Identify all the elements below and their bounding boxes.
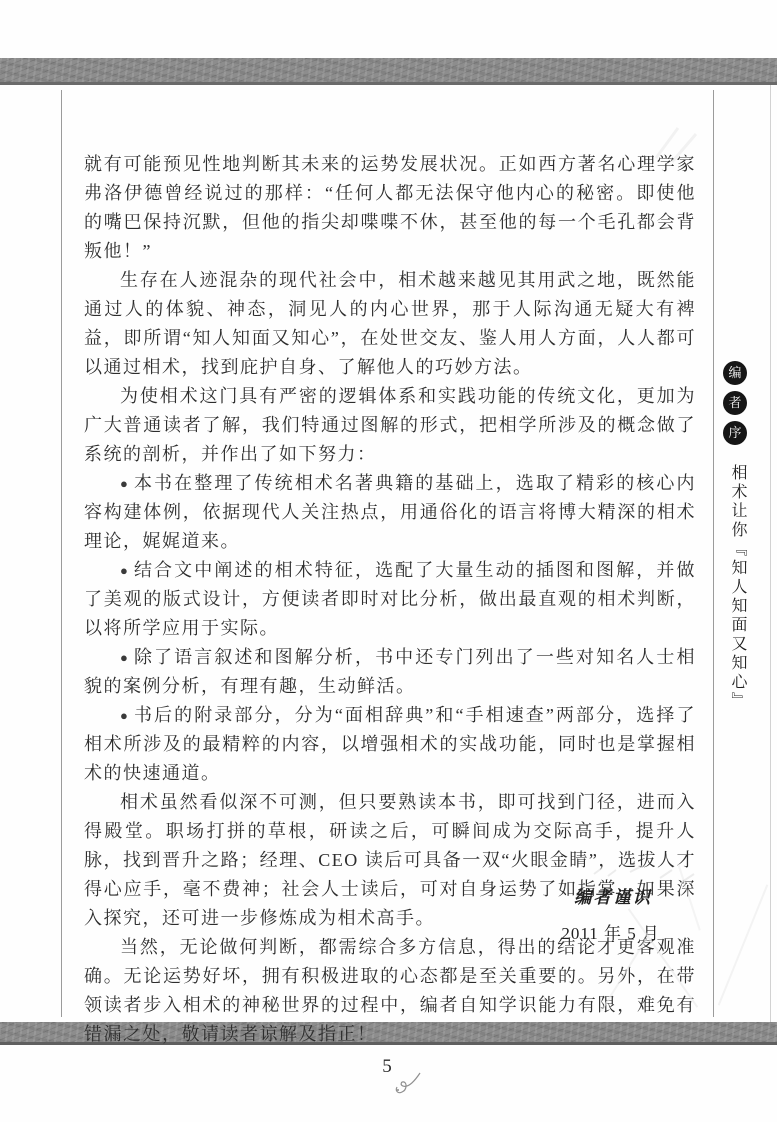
page-number: 5 xyxy=(61,1056,713,1078)
list-item-text: 结合文中阐述的相术特征，选配了大量生动的插图和图解，并做了美观的版式设计，方便读… xyxy=(84,560,696,638)
editor-signature: 编者谨识 xyxy=(84,884,696,909)
editor-preface-seal-icon: 序 xyxy=(723,421,747,445)
paragraph: 为使相术这门具有严密的逻辑体系和实践功能的传统文化，更加为广大普通读者了解，我们… xyxy=(84,382,696,469)
bleed-through-artifact xyxy=(718,884,769,1005)
bullet-icon: ● xyxy=(120,476,134,491)
list-item: ●书后的附录部分，分为“面相辞典”和“手相速查”两部分，选择了相术所涉及的最精粹… xyxy=(84,701,696,788)
editor-preface-seal-icon: 编 xyxy=(723,361,747,385)
feature-bullet-list: ●本书在整理了传统相术名著典籍的基础上，选取了精彩的核心内容构建体例，依据现代人… xyxy=(84,469,696,788)
list-item-text: 本书在整理了传统相术名著典籍的基础上，选取了精彩的核心内容构建体例，依据现代人关… xyxy=(84,473,696,551)
bullet-icon: ● xyxy=(120,563,134,578)
list-item-text: 除了语言叙述和图解分析，书中还专门列出了一些对知名人士相貌的案例分析，有理有趣，… xyxy=(84,647,696,696)
editor-preface-seal-icon: 者 xyxy=(723,391,747,415)
list-item: ●除了语言叙述和图解分析，书中还专门列出了一些对知名人士相貌的案例分析，有理有趣… xyxy=(84,643,696,701)
list-item: ●本书在整理了传统相术名著典籍的基础上，选取了精彩的核心内容构建体例，依据现代人… xyxy=(84,469,696,556)
signature-block: 编者谨识 2011 年 5 月 xyxy=(84,884,696,944)
signature-date: 2011 年 5 月 xyxy=(84,919,696,944)
bullet-icon: ● xyxy=(120,708,134,723)
list-item-text: 书后的附录部分，分为“面相辞典”和“手相速查”两部分，选择了相术所涉及的最精粹的… xyxy=(84,705,696,783)
list-item: ●结合文中阐述的相术特征，选配了大量生动的插图和图解，并做了美观的版式设计，方便… xyxy=(84,556,696,643)
scanned-book-page: 就有可能预见性地判断其未来的运势发展状况。正如西方著名心理学家弗洛伊德曾经说过的… xyxy=(0,0,777,1122)
paragraph: 生存在人迹混杂的现代社会中，相术越来越见其用武之地，既然能通过人的体貌、神态，洞… xyxy=(84,266,696,382)
paragraph-continued: 就有可能预见性地判断其未来的运势发展状况。正如西方著名心理学家弗洛伊德曾经说过的… xyxy=(84,150,696,266)
chapter-seal-column: 编 者 序 xyxy=(723,361,749,451)
paragraph: 当然，无论做何判断，都需综合多方信息，得出的结论才更客观准确。无论运势好坏，拥有… xyxy=(84,933,696,1049)
flourish-icon xyxy=(394,1070,428,1098)
sidebar-vertical-title: 相术让你『知人知面又知心』 xyxy=(719,464,749,764)
scan-shadow-band-top xyxy=(0,58,777,85)
bullet-icon: ● xyxy=(120,650,134,665)
page-edge-line xyxy=(770,85,771,1022)
